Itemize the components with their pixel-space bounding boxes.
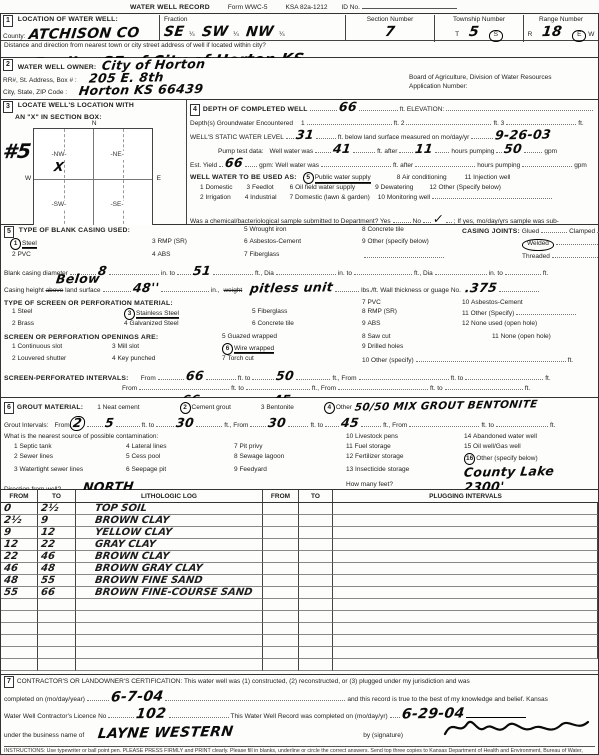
signature <box>441 716 591 738</box>
plug-interval-cell <box>333 539 598 551</box>
plug-header-from: FROM <box>263 490 299 503</box>
grout-i1-to: 30 <box>175 417 195 430</box>
range-w: W <box>588 31 594 38</box>
plug-interval-cell <box>333 623 598 635</box>
open-4-num: 4 <box>112 355 116 362</box>
owner-city-label: City, State, ZIP Code : <box>3 89 67 96</box>
grout-title: GROUT MATERIAL: <box>17 403 83 412</box>
compass-n: N <box>92 120 97 129</box>
quarter-glyph: ¼ <box>189 31 194 38</box>
open-5-num: 5 <box>222 333 226 340</box>
plug-to-cell <box>299 599 333 611</box>
spi-label: SCREEN-PERFORATED INTERVALS: <box>4 374 129 383</box>
business-name-label: under the business name of <box>4 732 84 741</box>
casing-3-label: RMP (SR) <box>157 238 187 245</box>
ft-label: ft. <box>545 375 550 384</box>
screen-1-label: Steel <box>17 308 32 315</box>
form-id-label: ID No. <box>341 4 359 13</box>
business-name-value: LAYNE WESTERN <box>97 723 235 744</box>
license-label: Water Well Contractor's Licence No <box>4 713 106 722</box>
yield-label: Est. Yield <box>190 162 217 171</box>
groundwater-label: Depth(s) Groundwater Encountered <box>190 120 293 129</box>
grout-3-num: 3 <box>261 404 265 413</box>
section-2-title: WATER WELL OWNER: <box>18 64 97 71</box>
use-6-label: Oil field water supply <box>295 184 355 193</box>
screen-4-num: 4 <box>124 320 128 327</box>
section-number-label: Section Number <box>367 16 414 23</box>
use-11-label: Injection well <box>473 174 510 183</box>
contam-8-num: 8 <box>234 453 238 460</box>
contam-9-label: Feedyard <box>239 466 266 473</box>
ft-to-label: ft. to <box>238 375 251 384</box>
litho-to-cell <box>38 635 76 647</box>
plug-to-cell <box>299 551 333 563</box>
casing-3-num: 3 <box>152 238 156 245</box>
use-4-num: 4 <box>245 194 249 203</box>
use-11-num: 11 <box>465 174 472 183</box>
open-10-num: 10 <box>362 357 369 366</box>
section-7-certification: 7 CONTRACTOR'S OR LANDOWNER'S CERTIFICAT… <box>0 675 599 755</box>
joints-clamped: Clamped <box>569 228 595 237</box>
use-3-label: Feedlot <box>252 184 274 193</box>
litho-desc-cell <box>76 647 263 659</box>
contam-13-label: Insecticide storage <box>355 466 409 473</box>
elevation-label: ft. ELEVATION: <box>400 106 445 115</box>
plug-from-cell <box>263 539 299 551</box>
form-title: WATER WELL RECORD <box>130 3 210 12</box>
plug-interval-cell <box>333 563 598 575</box>
form-number: Form WWC-5 <box>228 4 268 13</box>
plug-from-cell <box>263 587 299 599</box>
litho-desc-cell <box>76 623 263 635</box>
grout-2-circled: 2 <box>180 402 191 414</box>
plug-from-cell <box>263 635 299 647</box>
casing-2-num: 2 <box>12 251 16 258</box>
grout-i2-to: 45 <box>340 417 360 430</box>
contam-12-num: 12 <box>346 453 353 460</box>
plug-from-cell <box>263 563 299 575</box>
pump-after-label: ft. after <box>393 162 413 171</box>
screen-8-num: 8 <box>362 308 366 315</box>
sample-no-checkmark: ✓ <box>432 213 444 226</box>
use-2-num: 2 <box>200 194 204 203</box>
screen-5-num: 5 <box>252 308 256 315</box>
litho-to-cell: 12 <box>38 527 76 539</box>
contam-2-label: Sewer lines <box>19 453 53 460</box>
in-to-label: in. to <box>161 270 175 279</box>
contam-15-num: 15 <box>464 443 471 450</box>
open-6-label: Wire wrapped <box>234 345 274 352</box>
section-2-number: 2 <box>3 59 13 71</box>
casing-7-num: 7 <box>244 251 248 258</box>
open-5-label: Guazed wrapped <box>227 333 277 340</box>
plug-from-cell <box>263 575 299 587</box>
open-9-num: 9 <box>362 343 366 350</box>
completed-label: completed on (mo/day/year) <box>4 696 85 705</box>
screen-11-label: Other (Specify) <box>471 310 515 319</box>
contam-10-label: Livestock pens <box>355 433 398 440</box>
county-label: County: <box>3 33 25 40</box>
casing-1-circled: 1 <box>10 238 21 250</box>
contam-1-num: 1 <box>14 443 18 450</box>
contam-13-num: 13 <box>346 466 353 473</box>
grout-1-num: 1 <box>97 404 101 413</box>
section-4-number: 4 <box>190 104 200 116</box>
plug-to-cell <box>299 635 333 647</box>
litho-header-from: FROM <box>1 490 38 503</box>
contam-6-label: Seepage pit <box>131 466 166 473</box>
section-7-number: 7 <box>4 676 14 688</box>
from-label: From <box>122 385 137 394</box>
signature-label: by (signature) <box>363 732 403 741</box>
screen-6-label: Concrete tile <box>257 320 294 327</box>
plug-from-cell <box>263 515 299 527</box>
lithologic-log-table: FROM TO LITHOLOGIC LOG FROM TO PLUGGING … <box>0 490 599 675</box>
from-label: From <box>141 375 156 384</box>
owner-city-value: Horton KS 66439 <box>78 83 204 98</box>
contam-5-label: Cess pool <box>131 453 160 460</box>
litho-from-cell: 0 <box>1 503 38 515</box>
township-value: 5 <box>468 25 480 39</box>
ft-from-label: ft., From <box>332 375 356 384</box>
screen-3-circled: 3 <box>124 308 135 320</box>
grout-3-label: Bentonite <box>266 404 293 413</box>
litho-to-cell: 66 <box>38 587 76 599</box>
screen-2-num: 2 <box>12 320 16 327</box>
use-label: WELL WATER TO BE USED AS: <box>190 173 297 182</box>
screen-12-label: None used (open hole) <box>471 320 537 327</box>
gw-ft2: ft. 2 <box>394 120 405 129</box>
open-10-label: Other (specify) <box>371 357 414 366</box>
static-level-value: 31 <box>295 129 315 142</box>
contam-7-num: 7 <box>234 443 238 450</box>
casing-1-label: Steel <box>22 240 37 247</box>
screen-7-label: PVC <box>367 299 380 306</box>
contam-8-label: Sewage lagoon <box>239 453 284 460</box>
plug-to-cell <box>299 575 333 587</box>
litho-from-cell: 12 <box>1 539 38 551</box>
water-well-record-form: WATER WELL RECORD Form WWC-5 KSA 82a-121… <box>0 0 599 755</box>
litho-from-cell: 9 <box>1 527 38 539</box>
pump-hours-value: 11 <box>415 143 435 156</box>
litho-desc-cell <box>76 611 263 623</box>
casing-8-num: 8 <box>362 226 366 233</box>
open-6-circled: 6 <box>222 343 233 355</box>
quad-se-label: -SE- <box>110 201 125 210</box>
section-number-value: 7 <box>384 25 396 39</box>
section-1-number: 1 <box>3 15 13 27</box>
ft-to-label: ft. to <box>481 422 494 431</box>
use-8-label: Air conditioning <box>402 174 446 183</box>
plug-from-cell <box>263 599 299 611</box>
plug-to-cell <box>299 659 333 671</box>
joints-glued: Glued <box>522 228 539 237</box>
plug-interval-cell <box>333 647 598 659</box>
open-3-num: 3 <box>112 343 116 350</box>
grout-2-label: Cement grout <box>192 404 231 413</box>
plug-header-to: TO <box>299 490 333 503</box>
open-2-label: Louvered shutter <box>17 355 66 362</box>
open-7-label: Torch cut <box>227 355 253 362</box>
joints-label: CASING JOINTS: <box>462 227 520 236</box>
use-3-num: 3 <box>247 184 251 193</box>
section-box-horizontal-line <box>34 179 152 180</box>
litho-desc-cell: YELLOW CLAY <box>76 527 263 539</box>
screen-10-num: 10 <box>462 299 469 306</box>
section-6-number: 6 <box>4 402 14 414</box>
completed-date-value: 6-7-04 <box>110 690 164 705</box>
use-7-label: Domestic (lawn & garden) <box>295 194 370 203</box>
litho-desc-cell: GRAY CLAY <box>76 539 263 551</box>
litho-from-cell: 2½ <box>1 515 38 527</box>
screen-10-label: Asbestos-Cement <box>471 299 523 306</box>
height-below-annotation: Below <box>55 272 101 285</box>
weight-handwritten: pitless unit <box>249 281 334 295</box>
use-1-label: Domestic <box>205 184 232 193</box>
litho-from-cell: 55 <box>1 587 38 599</box>
grout-intervals-label: Grout Intervals: <box>4 422 48 431</box>
range-label: Range Number <box>539 16 583 23</box>
quarter-dash-line <box>64 129 65 229</box>
ft-dia-label: ft., Dia <box>414 270 433 279</box>
contamination-label: What is the nearest source of possible c… <box>4 433 158 440</box>
plug-from-cell <box>263 503 299 515</box>
litho-to-cell: 46 <box>38 551 76 563</box>
use-8-num: 8 <box>397 174 401 183</box>
litho-from-cell <box>1 611 38 623</box>
section-3-4-wrap: 3 LOCATE WELL'S LOCATION WITH AN "X" IN … <box>0 100 599 225</box>
ft-to-label: ft. to <box>430 385 443 394</box>
use-12-label: Other (Specify below) <box>438 184 501 193</box>
cert-line1: CONTRACTOR'S OR LANDOWNER'S CERTIFICATIO… <box>17 678 470 687</box>
section-5-number: 5 <box>4 226 14 238</box>
contam-14-label: Abandoned water well <box>473 433 537 440</box>
gauge-value: .375 <box>464 281 498 294</box>
litho-to-cell: 2½ <box>38 503 76 515</box>
casing-6-label: Asbestos-Cement <box>249 238 301 245</box>
in-to-label: in. to <box>489 270 503 279</box>
height-value: 48'' <box>132 282 160 295</box>
section-5-casing: 5 TYPE OF BLANK CASING USED: 5 Wrought i… <box>0 225 599 398</box>
litho-to-cell <box>38 623 76 635</box>
quarter-dash-line <box>123 129 124 229</box>
ft-label: ft. <box>568 357 573 366</box>
litho-from-cell: 22 <box>1 551 38 563</box>
instructions-text: INSTRUCTIONS: Use typewriter or ball poi… <box>4 746 595 755</box>
plug-from-cell <box>263 659 299 671</box>
pump-depth-value: 41 <box>332 143 352 156</box>
section-1-title: LOCATION OF WATER WELL: <box>18 16 118 23</box>
in-to-label: in. to <box>338 270 352 279</box>
grout-4-circled: 4 <box>324 402 335 414</box>
grout-1-label: Neat cement <box>103 404 140 413</box>
owner-address-label: RR#, St. Address, Box # : <box>3 77 77 84</box>
plug-to-cell <box>299 527 333 539</box>
township-label: Township Number <box>453 16 505 23</box>
section-6-grout: 6 GROUT MATERIAL: 1 Neat cement 2 Cement… <box>0 398 599 490</box>
plug-interval-cell <box>333 659 598 671</box>
section-3-title-line1: LOCATE WELL'S LOCATION WITH <box>18 102 134 109</box>
litho-desc-cell <box>76 659 263 671</box>
plug-to-cell <box>299 515 333 527</box>
plug-to-cell <box>299 539 333 551</box>
screen-9-num: 9 <box>362 320 366 327</box>
form-header: WATER WELL RECORD Form WWC-5 KSA 82a-121… <box>130 2 459 13</box>
litho-rows: 0 2½ TOP SOIL 2½ 9 BROWN CLAY 9 12 YELLO… <box>1 503 598 671</box>
fraction-3-value: NW <box>246 25 276 39</box>
plug-from-cell <box>263 647 299 659</box>
plug-interval-cell <box>333 599 598 611</box>
casing-8-label: Concrete tile <box>367 226 404 233</box>
contam-other-value: County Lake <box>463 465 555 479</box>
quad-ne-label: -NE- <box>110 151 125 160</box>
grout-i1-from: 5 <box>104 417 115 430</box>
distance-label: Distance and direction from nearest town… <box>4 42 266 49</box>
use-10-label: Monitoring well <box>387 194 430 203</box>
contam-16-label: Other (specify below) <box>476 455 537 462</box>
static-level-mid: ft. below land surface measured on mo/da… <box>338 134 470 143</box>
contam-10-num: 10 <box>346 433 353 440</box>
contam-6-num: 6 <box>126 466 130 473</box>
contam-4-num: 4 <box>126 443 130 450</box>
section-2-owner: 2 WATER WELL OWNER: City of Horton RR#, … <box>0 58 599 100</box>
pumping-label: hours pumping <box>477 162 520 171</box>
casing-9-num: 9 <box>362 238 366 245</box>
ft-label: ft. <box>543 270 548 279</box>
litho-header-to: TO <box>38 490 76 503</box>
plug-to-cell <box>299 623 333 635</box>
section-3-locate: 3 LOCATE WELL'S LOCATION WITH AN "X" IN … <box>1 100 187 224</box>
litho-desc-cell: BROWN CLAY <box>76 551 263 563</box>
contam-3-num: 3 <box>14 466 18 473</box>
casing-5-label: Wrought iron <box>249 226 286 233</box>
range-value: 18 <box>541 25 563 39</box>
litho-to-cell: 48 <box>38 563 76 575</box>
height-in-label: in., <box>211 287 220 296</box>
open-2-num: 2 <box>12 355 16 362</box>
contam-11-label: Fuel storage <box>355 443 391 450</box>
litho-to-cell <box>38 611 76 623</box>
depth-value: 66 <box>338 101 358 114</box>
grout-i2-from: 30 <box>268 417 288 430</box>
contam-3-label: Watertight sewer lines <box>19 466 83 473</box>
ft-to-label: ft. to <box>451 375 464 384</box>
screen-5-label: Fiberglass <box>257 308 287 315</box>
plug-to-cell <box>299 563 333 575</box>
plug-interval-cell <box>333 611 598 623</box>
plug-header-intervals: PLUGGING INTERVALS <box>333 490 598 503</box>
height-label-post: land surface <box>65 287 100 296</box>
grout-4-label: Other <box>336 404 352 413</box>
use-9-num: 9 <box>375 184 379 193</box>
open-8-label: Saw cut <box>367 333 390 340</box>
form-ksa: KSA 82a-1212 <box>286 4 328 13</box>
litho-to-cell <box>38 647 76 659</box>
casing-7-label: Fiberglass <box>249 251 279 258</box>
open-1-num: 1 <box>12 343 16 350</box>
use-1-num: 1 <box>200 184 204 193</box>
open-7-num: 7 <box>222 355 226 362</box>
quad-sw-label: -SW- <box>51 201 68 210</box>
section-3-title-line2: AN "X" IN SECTION BOX: <box>15 114 102 121</box>
litho-to-cell: 55 <box>38 575 76 587</box>
ft-to-label: ft. to <box>142 422 155 431</box>
ft-to-label: ft. to <box>231 385 244 394</box>
screen-4-label: Galvanized Steel <box>129 320 178 327</box>
ft-label: ft. <box>550 422 555 431</box>
ft-dia-label: ft., Dia <box>255 270 274 279</box>
plug-from-cell <box>263 551 299 563</box>
litho-from-cell <box>1 635 38 647</box>
contam-5-num: 5 <box>126 453 130 460</box>
litho-desc-cell: BROWN GRAY CLAY <box>76 563 263 575</box>
feet-label: How many feet? <box>346 481 393 488</box>
litho-desc-cell: BROWN FINE-COURSE SAND <box>76 587 263 599</box>
use-9-label: Dewatering <box>381 184 414 193</box>
depth-label: DEPTH OF COMPLETED WELL <box>203 105 308 114</box>
use-4-label: Industrial <box>250 194 276 203</box>
township-s-circled: S <box>489 30 503 42</box>
use-6-num: 6 <box>290 184 294 193</box>
joints-welded-circled: Welded <box>522 239 554 251</box>
quarter-glyph: ¼ <box>279 31 284 38</box>
litho-from-cell <box>1 599 38 611</box>
pump-gpm-value: 50 <box>504 143 524 156</box>
wall-thickness-label: lbs./ft. Wall thickness or guage No. <box>361 287 461 296</box>
plug-interval-cell <box>333 587 598 599</box>
id-blank-line <box>362 2 457 9</box>
litho-from-cell: 46 <box>1 563 38 575</box>
plug-interval-cell <box>333 527 598 539</box>
section-1-location: 1 LOCATION OF WATER WELL: County: ATCHIS… <box>0 13 599 58</box>
board-line1: Board of Agriculture, Division of Water … <box>409 74 551 81</box>
open-11-label: None (open hole) <box>501 333 551 340</box>
contam-12-label: Fertilizer storage <box>355 453 403 460</box>
cert-line2-suffix: and this record is true to the best of m… <box>347 696 548 705</box>
gpm-label: gpm <box>574 162 587 171</box>
casing-4-label: ABS <box>157 251 170 258</box>
litho-from-cell <box>1 623 38 635</box>
contam-14-num: 14 <box>464 433 471 440</box>
casing-5-num: 5 <box>244 226 248 233</box>
ft-from-label: ft., From <box>312 385 336 394</box>
casing-4-num: 4 <box>152 251 156 258</box>
screen-12-num: 12 <box>462 320 469 327</box>
plug-from-cell <box>263 527 299 539</box>
county-value: ATCHISON CO <box>28 26 140 42</box>
section-4-well: 4 DEPTH OF COMPLETED WELL 66 ft. ELEVATI… <box>187 100 598 224</box>
use-7-num: 7 <box>290 194 294 203</box>
open-8-num: 8 <box>362 333 366 340</box>
plug-interval-cell <box>333 503 598 515</box>
plug-to-cell <box>299 647 333 659</box>
ft-label: ft. <box>525 385 530 394</box>
well-x-mark: X <box>53 161 64 174</box>
grout-from-circled-2: 2 <box>69 416 86 431</box>
height-above-struck: above <box>46 287 64 296</box>
compass-e: E <box>157 175 161 184</box>
gpm-label: gpm <box>544 148 557 157</box>
township-t: T <box>455 31 459 38</box>
record-completed-label: This Water Well Record was completed on … <box>231 713 388 722</box>
screen-2-label: Brass <box>17 320 34 327</box>
fraction-label: Fraction <box>164 16 187 23</box>
plug-interval-cell <box>333 575 598 587</box>
weight-label-struck: weight <box>223 287 242 296</box>
open-1-label: Continuous slot <box>17 343 62 350</box>
screen-material-title: TYPE OF SCREEN OR PERFORATION MATERIAL: <box>4 300 173 307</box>
open-11-num: 11 <box>492 333 499 340</box>
